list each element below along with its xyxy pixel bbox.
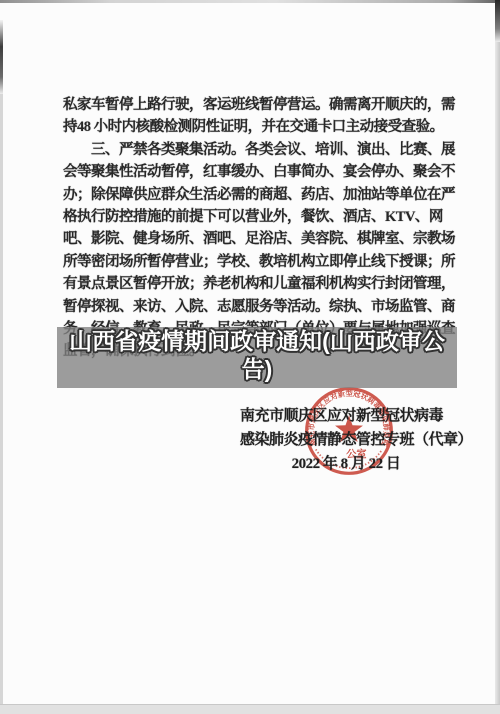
- signature-date: 2022 年 8 月 22 日: [240, 452, 452, 476]
- doc-line: 办；除保障供应群众生活必需的商超、药店、加油站等单位在严: [63, 184, 441, 206]
- photo-right-edge-shadow: [495, 0, 500, 44]
- doc-line: 私家车暂停上路行驶，客运班线暂停营运。确需离开顺庆的，需: [63, 94, 441, 116]
- document-photo: 私家车暂停上路行驶，客运班线暂停营运。确需离开顺庆的，需 持48 小时内核酸检测…: [0, 0, 500, 704]
- page-bottom-strip: [0, 704, 500, 714]
- doc-line: 有景点景区暂停开放；养老机构和儿童福利机构实行封闭管理，: [63, 273, 441, 295]
- photo-left-margin: [0, 94, 3, 704]
- photo-right-margin: [495, 42, 500, 704]
- doc-line: 暂停探视、来访、入院、志愿服务等活动。综执、市场监管、商: [63, 296, 441, 318]
- article-page: 私家车暂停上路行驶，客运班线暂停营运。确需离开顺庆的，需 持48 小时内核酸检测…: [0, 0, 500, 714]
- signature-org-line-2: 感染肺炎疫情静态管控专班（代章）: [240, 428, 452, 452]
- document-body-text: 私家车暂停上路行驶，客运班线暂停营运。确需离开顺庆的，需 持48 小时内核酸检测…: [63, 94, 441, 363]
- doc-line: 吧、影院、健身场所、酒吧、足浴店、美容院、棋牌室、宗教场: [63, 228, 441, 250]
- doc-line: 会等聚集性活动暂停，红事缓办、白事简办、宴会停办、聚会不: [63, 161, 441, 183]
- photo-left-edge-shadow: [0, 20, 3, 96]
- doc-line: 持48 小时内核酸检测阴性证明，并在交通卡口主动接受查验。: [63, 116, 441, 138]
- title-overlay-band: 山西省疫情期间政审通知(山西政审公告): [57, 327, 457, 388]
- signature-org-line-1: 南充市顺庆区应对新型冠状病毒: [240, 404, 452, 428]
- doc-line: 格执行防控措施的前提下可以营业外，餐饮、酒店、KTV、网: [63, 206, 441, 228]
- signature-block: 南充市顺庆区应对新型冠状病毒 感染肺炎疫情静态管控专班（代章） 2022 年 8…: [240, 404, 452, 476]
- photo-top-edge: [0, 0, 500, 3]
- article-title: 山西省疫情期间政审通知(山西政审公告): [62, 328, 452, 383]
- doc-line: 所等密闭场所暂停营业；学校、教培机构立即停止线下授课；所: [63, 251, 441, 273]
- doc-line: 三、严禁各类聚集活动。各类会议、培训、演出、比赛、展: [63, 139, 441, 161]
